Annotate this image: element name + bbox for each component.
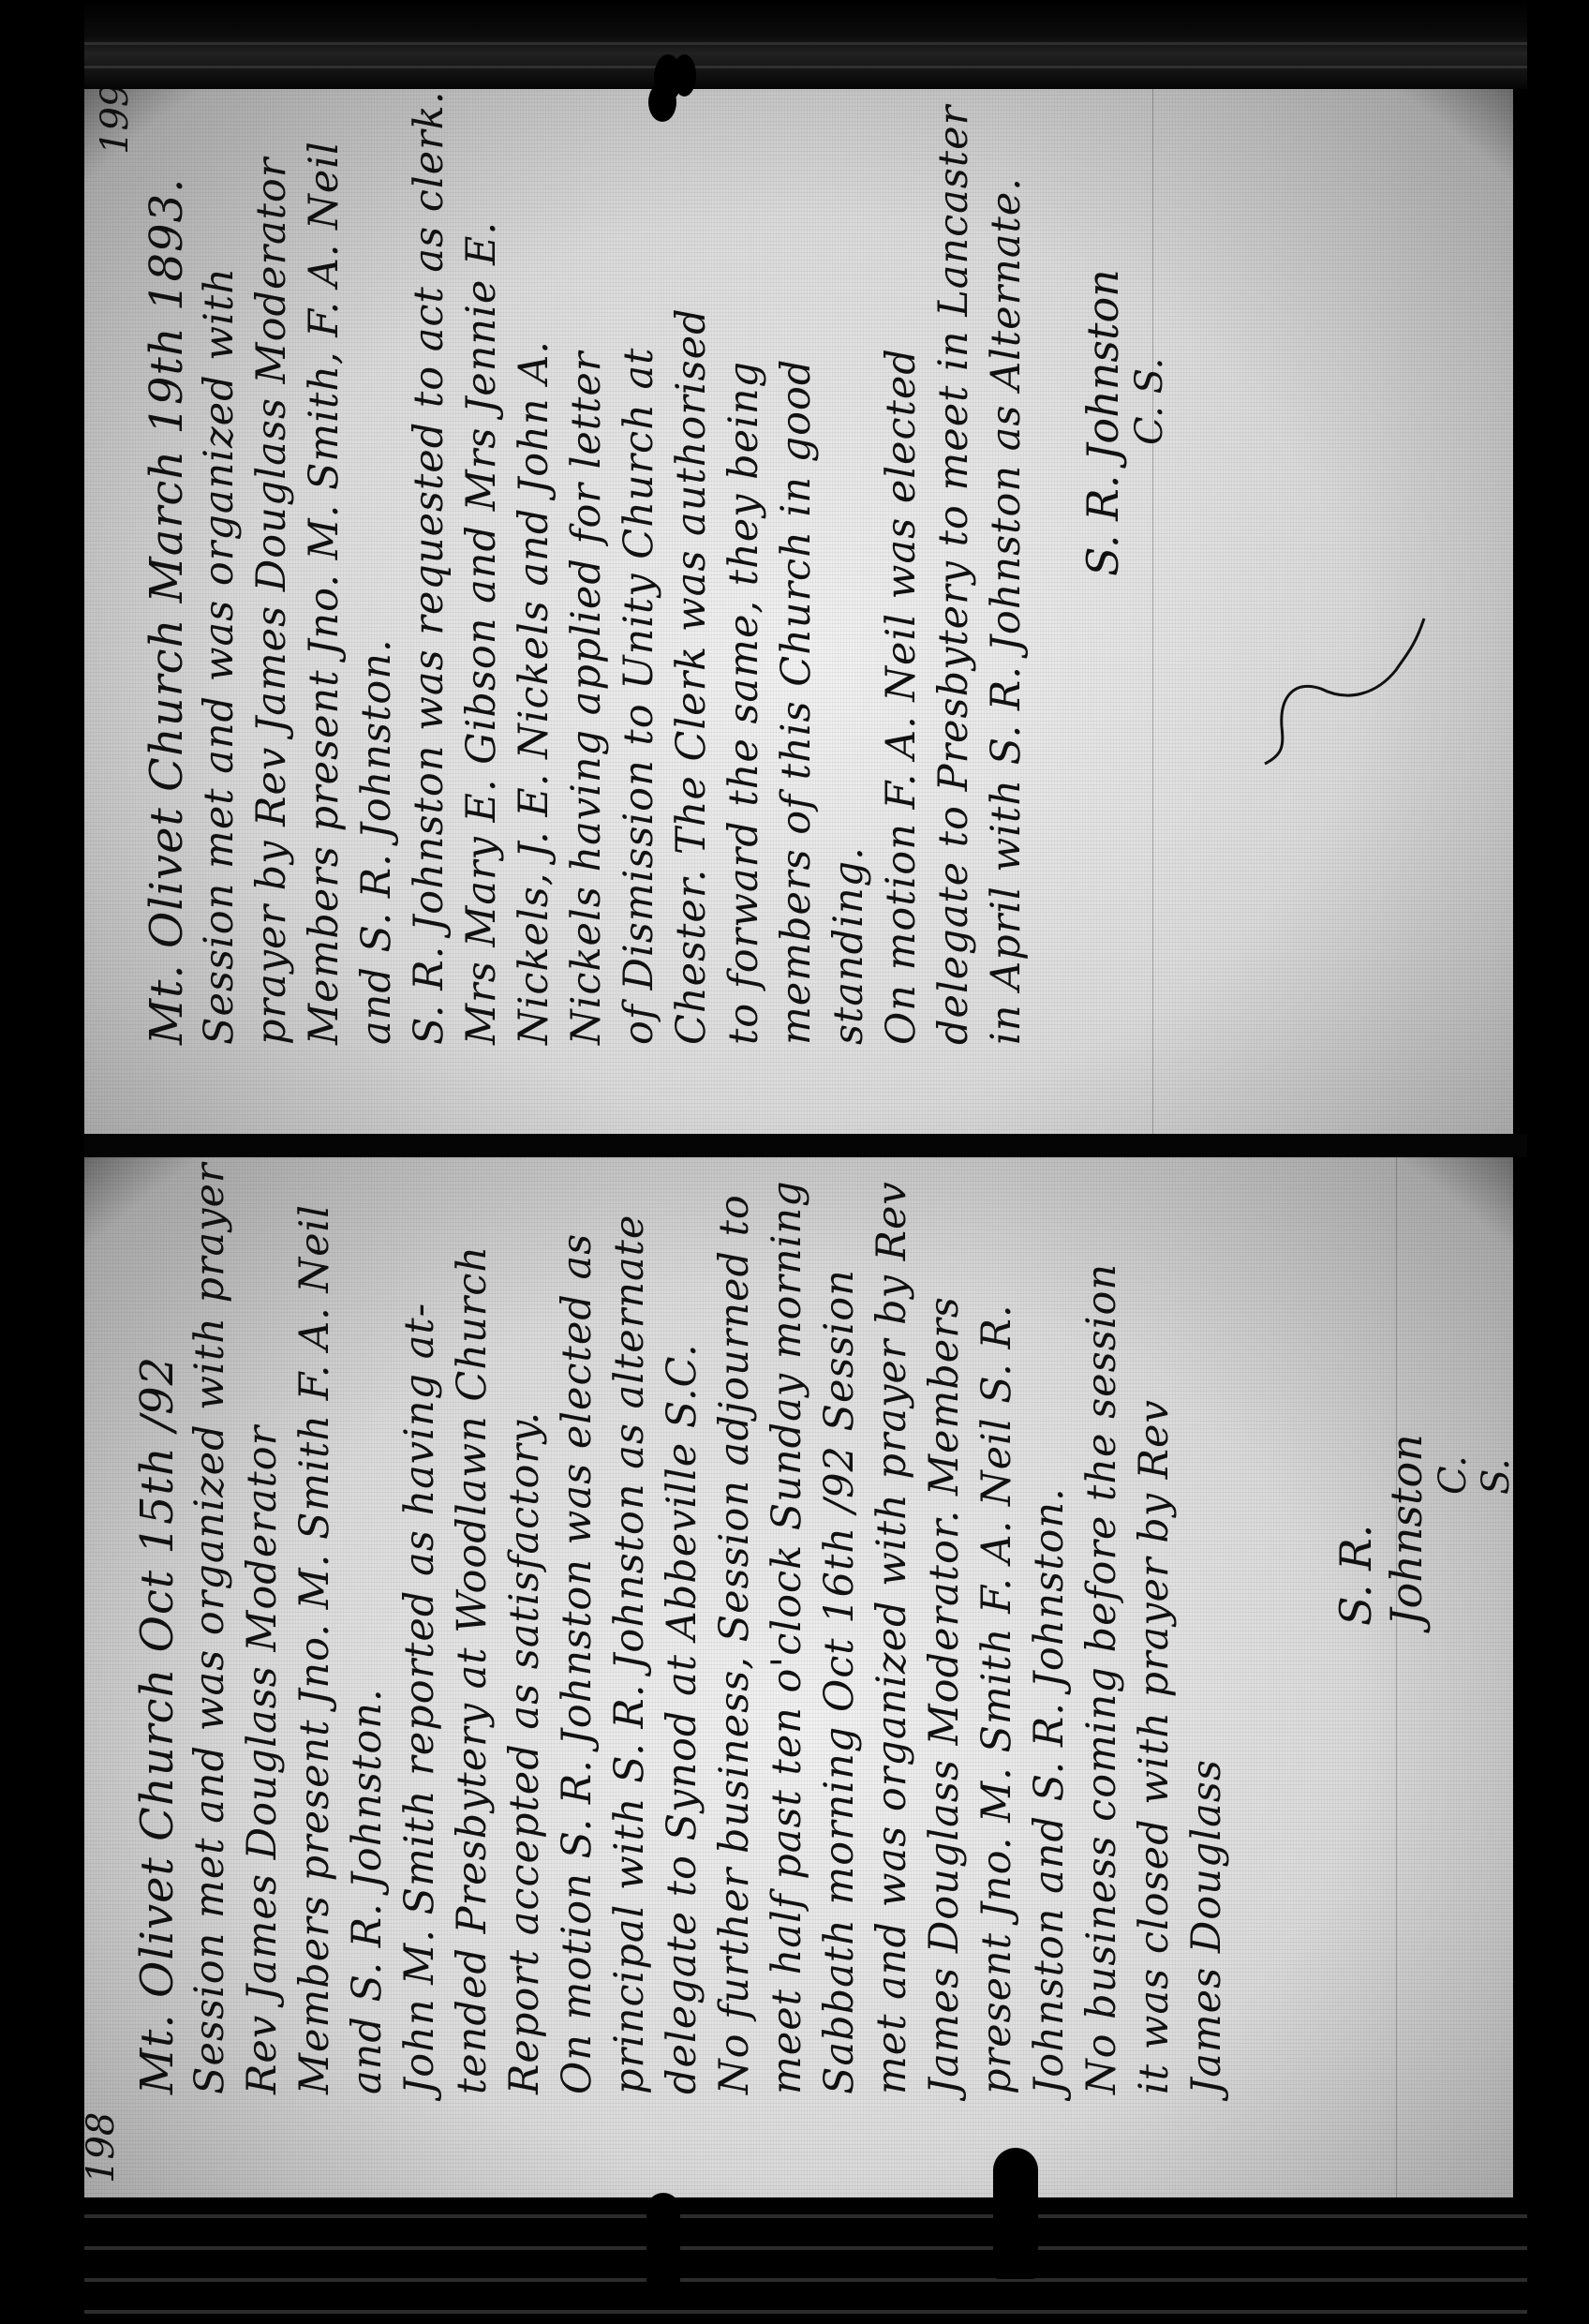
entry-line: delegate to Synod at Abbeville S.C. [656, 1163, 708, 2094]
clamp-shadow [673, 54, 696, 97]
entry-heading: Mt. Olivet Church Oct 15th /92 [131, 1163, 184, 2094]
entry-line: Nickels having applied for letter [560, 91, 613, 1045]
entry-line: met and was organized with prayer by Rev [866, 1163, 918, 2094]
entry-line: Mrs Mary E. Gibson and Mrs Jennie E. [455, 91, 508, 1045]
clerk-title: C. S. [1128, 269, 1171, 445]
clerk-title: C. S. [1432, 1434, 1513, 1495]
entry-line: meet half past ten o'clock Sunday mornin… [761, 1163, 813, 2094]
entry-line: prayer by Rev James Douglass Moderator [245, 91, 298, 1045]
entry-line: and S. R. Johnston. [341, 1163, 394, 2094]
entry-line: Members present Jno. M. Smith, F. A. Nei… [298, 91, 350, 1045]
entry-line: No further business, Session adjourned t… [708, 1163, 761, 2094]
entry-line: On motion S. R. Johnston was elected as [551, 1163, 603, 2094]
ledger-page-198: 198 Mt. Olivet Church Oct 15th /92 Sessi… [84, 1157, 1513, 2197]
entry-line: in April with S. R. Johnston as Alternat… [980, 91, 1032, 1045]
signature-block: S. R. Johnston C. S. [1077, 269, 1171, 576]
entry-heading: Mt. Olivet Church March 19th 1893. [141, 91, 193, 1045]
entry-line: S. R. Johnston was requested to act as c… [403, 91, 455, 1045]
entry-line: of Dismission to Unity Church at [613, 91, 665, 1045]
book-binding-bottom [84, 2197, 1527, 2324]
entry-line: John M. Smith reported as having at- [394, 1163, 446, 2094]
entry-line: James Douglass Moderator. Members [918, 1163, 971, 2094]
entry-line: delegate to Presbytery to meet in Lancas… [928, 91, 980, 1045]
entry-line: Session met and was organized with praye… [184, 1163, 236, 2094]
entry-line: Session met and was organized with [193, 91, 245, 1045]
entry-line: tended Presbytery at Woodlawn Church [446, 1163, 498, 2094]
entry-line: Members present Jno. M. Smith F. A. Neil [289, 1163, 341, 2094]
margin-rule [1396, 1157, 1397, 2197]
entry-line: principal with S. R. Johnston as alterna… [603, 1163, 656, 2094]
entry-line: Nickels, J. E. Nickels and John A. [508, 91, 560, 1045]
clerk-signature: S. R. Johnston [1077, 269, 1128, 576]
clamp-shadow [993, 2148, 1038, 2279]
entry-line: and S. R. Johnston. [350, 91, 403, 1045]
book-binding-top [84, 0, 1527, 89]
clerk-signature: S. R. Johnston [1330, 1434, 1432, 1626]
entry-line: standing. [823, 91, 875, 1045]
ledger-page-199: 199 Mt. Olivet Church March 19th 1893. S… [84, 89, 1513, 1134]
entry-line: Johnston and S. R. Johnston. [1023, 1163, 1076, 2094]
page-number: 199 [94, 89, 137, 155]
signature-block: S. R. Johnston C. S. [1330, 1434, 1513, 1626]
handwritten-entry-oct-1892: Mt. Olivet Church Oct 15th /92 Session m… [131, 1163, 1233, 2094]
handwritten-entry-march-1893: Mt. Olivet Church March 19th 1893. Sessi… [141, 91, 1032, 1045]
entry-line: members of this Church in good [770, 91, 823, 1045]
clamp-shadow [646, 2193, 680, 2287]
page-number: 198 [84, 2112, 123, 2183]
ink-flourish-icon [1255, 614, 1443, 773]
entry-line: James Douglass [1181, 1163, 1233, 2094]
entry-line: Sabbath morning Oct 16th /92 Session [813, 1163, 866, 2094]
entry-line: Chester. The Clerk was authorised [665, 91, 718, 1045]
book-gutter [84, 1134, 1527, 1157]
entry-line: On motion F. A. Neil was elected [875, 91, 928, 1045]
entry-line: Report accepted as satisfactory. [498, 1163, 551, 2094]
entry-line: No business coming before the session [1076, 1163, 1128, 2094]
margin-rule [1152, 89, 1153, 1134]
entry-line: it was closed with prayer by Rev [1128, 1163, 1181, 2094]
clamp-shadow [648, 82, 676, 122]
entry-line: to forward the same, they being [718, 91, 770, 1045]
entry-line: present Jno. M. Smith F. A. Neil S. R. [971, 1163, 1023, 2094]
entry-line: Rev James Douglass Moderator [236, 1163, 289, 2094]
